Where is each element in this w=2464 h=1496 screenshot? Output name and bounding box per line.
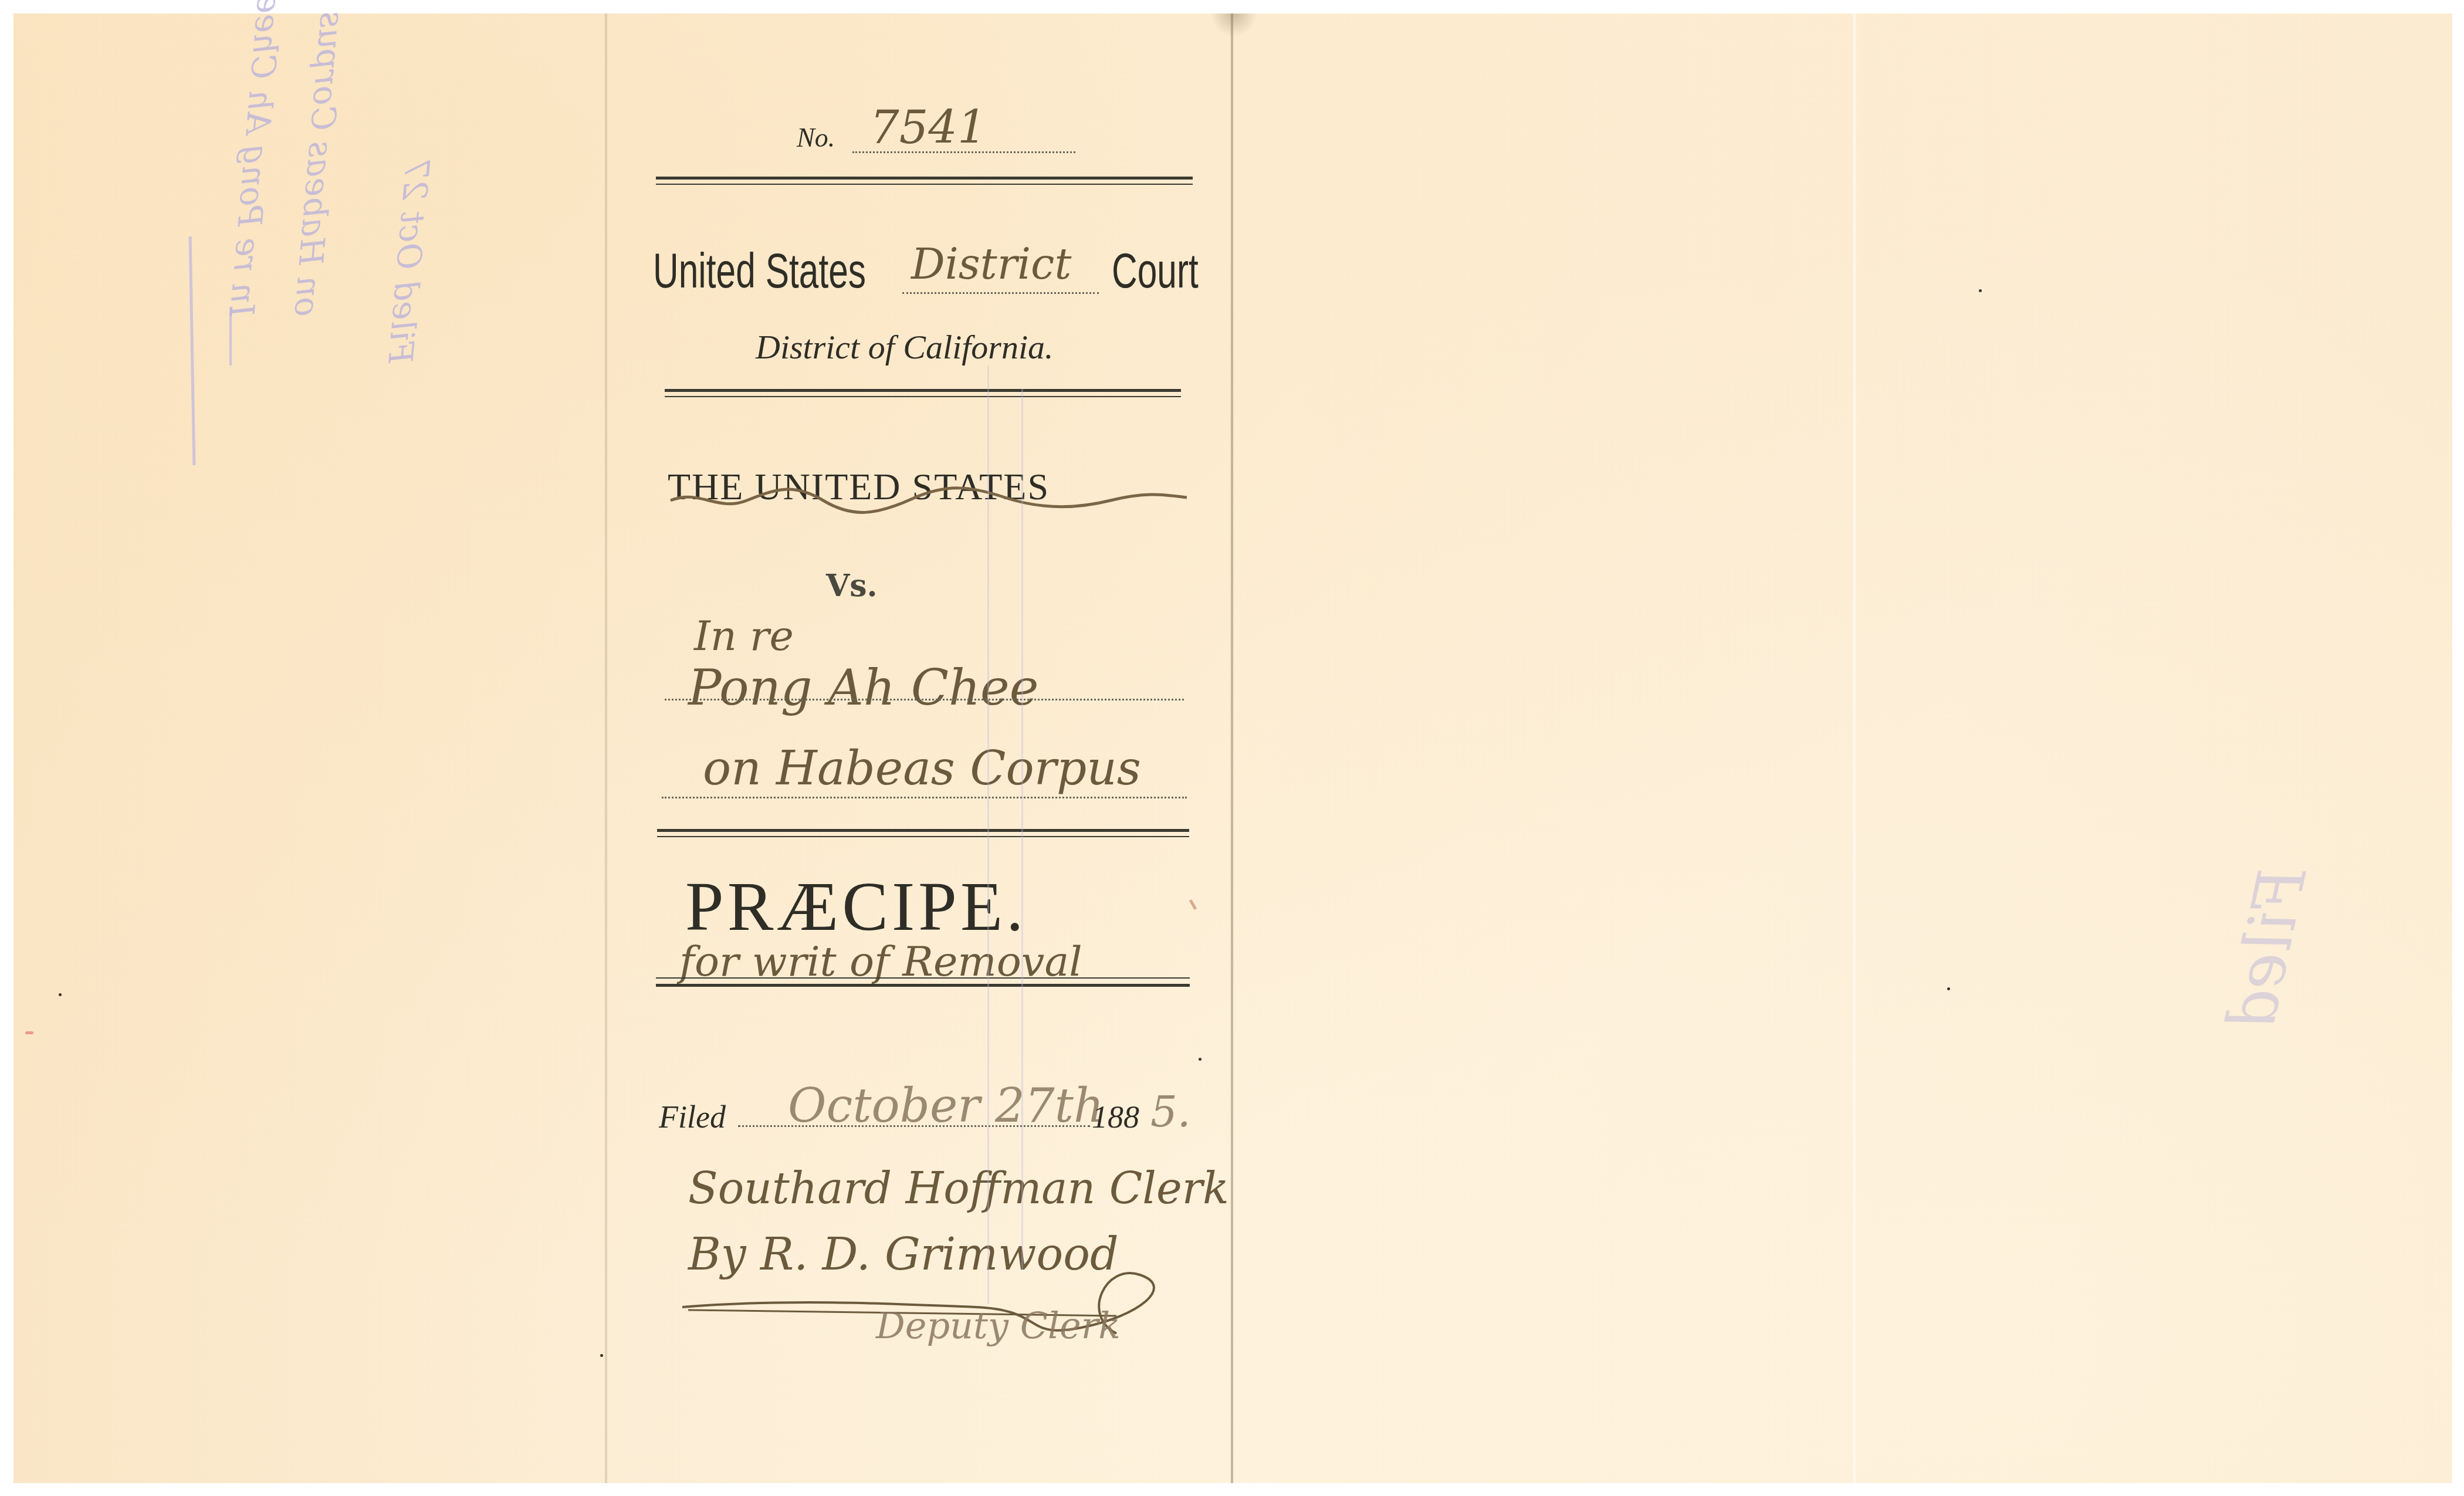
paper-speck xyxy=(59,993,62,996)
paper-speck xyxy=(1199,1058,1201,1061)
document-title: PRÆCIPE. xyxy=(685,867,1027,947)
fold-line-left xyxy=(604,13,608,1483)
foxing-mark xyxy=(1189,899,1197,910)
rule-thin-line xyxy=(665,396,1181,397)
defendant-line-3: on Habeas Corpus xyxy=(703,741,1141,796)
filed-date-handwritten: October 27th xyxy=(788,1078,1104,1133)
ghost-text-2: on Habeas Corpus xyxy=(286,10,351,319)
court-type-handwritten: District xyxy=(911,239,1071,289)
document-paper: In re Pong Ah Chee on Habeas Corpus File… xyxy=(13,13,2452,1483)
rule-thick-line xyxy=(665,389,1181,392)
rule-above-title xyxy=(657,829,1189,838)
defendant-line-2: Pong Ah Chee xyxy=(688,659,1039,716)
rule-thick-line xyxy=(656,177,1193,180)
foxing-mark xyxy=(25,1031,33,1034)
ghost-stroke-form-2 xyxy=(1021,389,1023,1269)
rule-thin-line xyxy=(656,977,1190,979)
filed-year-printed: 188 xyxy=(1092,1099,1139,1135)
rule-top xyxy=(656,177,1193,186)
defendant-dotline-2 xyxy=(662,797,1187,798)
rule-under-district xyxy=(665,389,1181,398)
rule-under-title xyxy=(656,977,1190,987)
case-number-label: No. xyxy=(797,122,835,153)
ghost-text-3: Filed Oct 27 xyxy=(380,157,436,365)
ghost-stroke-form-1 xyxy=(987,365,989,1304)
versus-ornament: Vs. xyxy=(826,568,878,604)
ghost-text-right: Filed xyxy=(2213,860,2321,1038)
rule-thick-line xyxy=(656,984,1190,987)
court-heading-prefix: United States xyxy=(653,242,866,299)
ghost-stroke-long xyxy=(189,236,196,465)
paper-speck xyxy=(1947,987,1950,990)
filed-year-handwritten: 5. xyxy=(1150,1087,1191,1136)
fold-line-right xyxy=(1852,13,1857,1483)
defendant-line-1: In re xyxy=(694,612,794,660)
filed-label: Filed xyxy=(659,1099,726,1135)
case-number-value: 7541 xyxy=(870,101,987,154)
fold-line-center xyxy=(1230,13,1234,1483)
district-name: District of California. xyxy=(756,327,1054,367)
plaintiff-flourish-stroke xyxy=(665,477,1193,518)
fold-shadow xyxy=(1210,13,1257,37)
paper-speck xyxy=(600,1354,603,1357)
defendant-dotline-1 xyxy=(665,699,1184,700)
clerk-signature: Southard Hoffman Clerk xyxy=(688,1163,1229,1214)
deputy-clerk-title: Deputy Clerk xyxy=(876,1304,1121,1347)
rule-thin-line xyxy=(657,836,1189,837)
ghost-text-1: In re Pong Ah Chee xyxy=(222,0,288,319)
paper-speck xyxy=(1979,289,1982,292)
rule-thin-line xyxy=(656,184,1193,185)
court-type-dotline xyxy=(902,292,1099,294)
rule-thick-line xyxy=(657,829,1189,832)
court-heading-suffix: Court xyxy=(1112,242,1199,299)
